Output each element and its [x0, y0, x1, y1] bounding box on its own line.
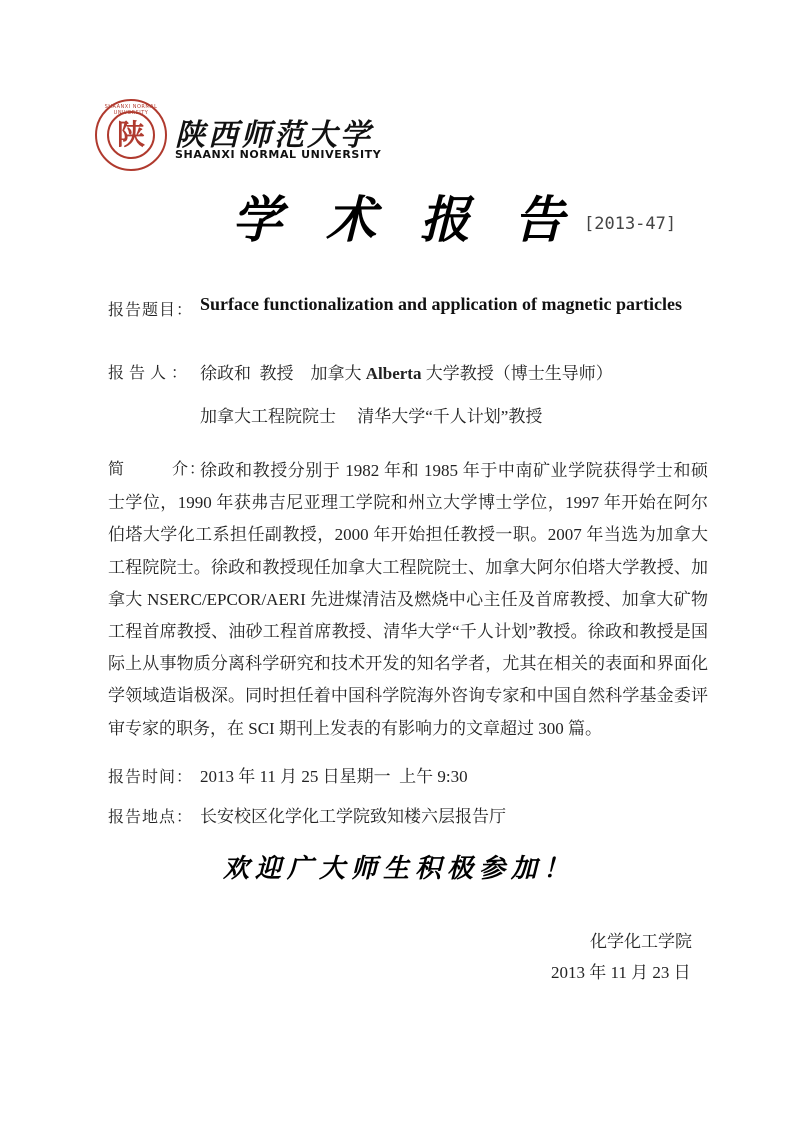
speaker-label: 报告人：	[108, 360, 192, 383]
seal-character: 陕	[107, 111, 155, 159]
place-label: 报告地点：	[108, 804, 193, 827]
place-value: 长安校区化学化工学院致知楼六层报告厅	[200, 802, 506, 827]
speaker-info-line1: 徐政和 教授 加拿大 Alberta 大学教授（博士生导师）	[200, 359, 613, 384]
speaker-university: Alberta	[366, 364, 422, 383]
speaker-name-title: 徐政和 教授 加拿大	[200, 364, 366, 383]
page-title: 学术报告	[232, 180, 608, 252]
welcome-message: 欢迎广大师生积极参加！	[223, 848, 575, 885]
topic-label: 报告题目：	[108, 297, 193, 320]
university-name-en: SHAANXI NORMAL UNIVERSITY	[175, 148, 381, 161]
speaker-biography: 徐政和教授分别于 1982 年和 1985 年于中南矿业学院获得学士和硕士学位，…	[108, 455, 708, 745]
issue-date: 2013 年 11 月 23 日	[551, 958, 691, 983]
report-number: [2013-47]	[584, 214, 676, 234]
seal-ring-text: SHAANXI NORMAL UNIVERSITY	[97, 104, 165, 116]
topic-value: Surface functionalization and applicatio…	[200, 294, 682, 315]
time-value: 2013 年 11 月 25 日星期一 上午 9:30	[200, 762, 468, 787]
time-label: 报告时间：	[108, 764, 193, 787]
speaker-info-line2: 加拿大工程院院士 清华大学“千人计划”教授	[200, 402, 542, 427]
university-seal-logo: SHAANXI NORMAL UNIVERSITY 陕	[95, 99, 167, 171]
speaker-position: 大学教授（博士生导师）	[421, 364, 612, 383]
organizer-name: 化学化工学院	[590, 927, 692, 952]
